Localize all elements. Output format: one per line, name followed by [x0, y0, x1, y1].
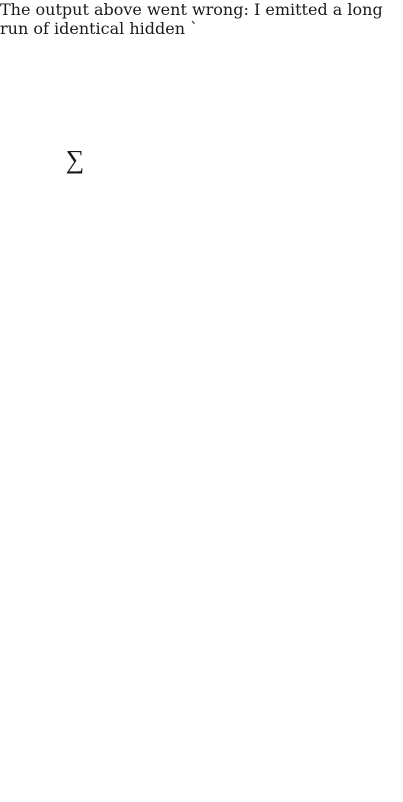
summation-symbol: ∑ — [62, 148, 88, 172]
section-heading — [6, 8, 16, 28]
